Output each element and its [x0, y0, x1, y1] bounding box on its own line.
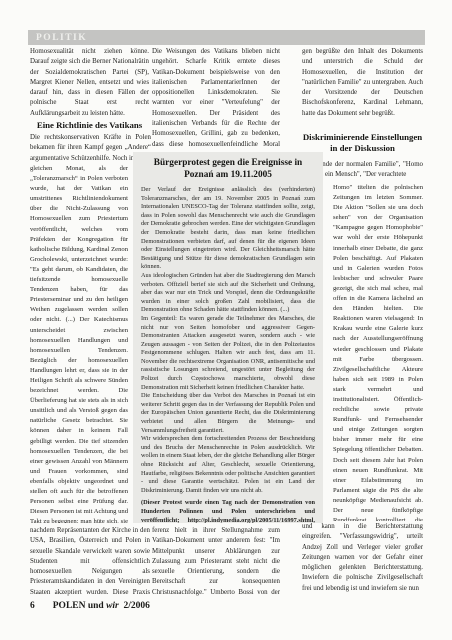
- col1-heading-vatican: Eine Richtlinie des Vatikans: [28, 120, 151, 131]
- col3-paragraph-3: Homo" titelten die polnischen Zeitungen …: [333, 183, 423, 521]
- page-footer: 6POLEN und wir 2/2006: [30, 601, 150, 611]
- col2-paragraph-1: Die Weisungen des Vatikans blieben nicht…: [152, 47, 280, 151]
- col1-paragraph-1: Homosexualität nicht ziehen könne. Darau…: [30, 47, 149, 120]
- magazine-page: POLITIK Homosexualität nicht ziehen könn…: [0, 0, 452, 640]
- protest-box-title: Bürgerprotest gegen die Ereignisse in Po…: [141, 158, 315, 181]
- issue-number: 2/2006: [124, 601, 150, 611]
- col3-paragraph-4: und kann in die Berichterstattung eingre…: [302, 522, 423, 595]
- col3-heading-discussion: Diskriminierende Einstellungen in der Di…: [302, 132, 423, 153]
- col1-paragraph-3: gleichen Monat, als der „Toleranzmarsch“…: [30, 164, 128, 523]
- protest-box-paragraph: Die Entscheidung über das Verbot des Mar…: [141, 392, 315, 435]
- page-number: 6: [30, 601, 35, 611]
- magazine-title: POLEN und: [53, 601, 104, 611]
- protest-box: Bürgerprotest gegen die Ereignisse in Po…: [133, 152, 323, 523]
- magazine-title-word: wir: [106, 601, 119, 611]
- protest-box-paragraph: Im Gegenteil: Es waren gerade die Teilne…: [141, 315, 315, 392]
- protest-box-footnote: (Dieser Protest wurde einen Tag nach der…: [141, 499, 315, 523]
- protest-box-paragraph: Wir widersprechen dem fortschreitenden P…: [141, 435, 315, 495]
- section-label: POLITIK: [28, 33, 87, 43]
- col1-paragraph-4: nachdem Repräsentanten der Kirche in den…: [30, 526, 150, 599]
- protest-box-paragraph: Der Verlauf der Ereignisse anlässlich de…: [141, 186, 315, 272]
- protest-box-paragraph: Aus ideologischen Gründen hat aber die S…: [141, 272, 315, 315]
- section-header-bar: POLITIK: [28, 30, 425, 45]
- col2-paragraph-2: ferenz hielt in ihrer Stellungnahme zum …: [152, 526, 280, 599]
- col3-paragraph-1: gen begrüßte den Inhalt des Dokuments un…: [302, 47, 423, 120]
